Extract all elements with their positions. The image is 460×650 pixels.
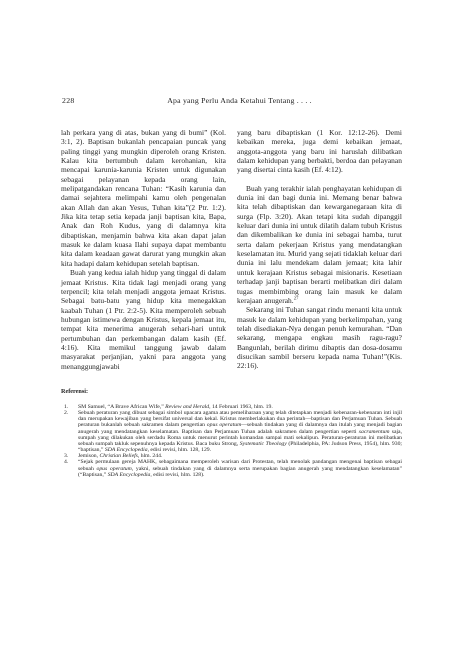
page-number: 228 xyxy=(62,96,75,106)
text-run: Buah yang terakhir ialah penghayatan keh… xyxy=(237,184,402,305)
italic-text-run: SDA Encyclopedia xyxy=(108,472,151,478)
body-text: lah perkara yang di atas, bukan yang di … xyxy=(61,128,402,371)
running-title: Apa yang Perlu Anda Ketahui Tentang . . … xyxy=(61,96,402,106)
paragraph: Sekarang ini Tuhan sangat rindu menanti … xyxy=(237,305,402,370)
reference-text: “Sejak permulaan gereja MAHK, sebagaiman… xyxy=(78,459,402,477)
text-run: lah perkara yang di atas, bukan yang di … xyxy=(61,128,226,268)
text-run: SM Samuel, “A Brave African Wife,” xyxy=(78,404,165,410)
reference-item: 4.“Sejak permulaan gereja MAHK, sebagaim… xyxy=(61,459,402,477)
reference-item: 2.Sebuah peraturan yang dibuat sebagai s… xyxy=(61,410,402,453)
references-section: Referensi: 1.SM Samuel, “A Brave African… xyxy=(61,388,402,478)
references-list: 1.SM Samuel, “A Brave African Wife,” Rev… xyxy=(61,404,402,478)
text-run: yang baru dibaptiskan (1 Kor. 12:12-26).… xyxy=(237,128,402,174)
paragraph: Buah yang terakhir ialah penghayatan keh… xyxy=(237,184,402,305)
reference-number: 2. xyxy=(64,410,73,453)
italic-text-run: opus operatum xyxy=(96,466,131,472)
italic-text-run: Review and Herald xyxy=(165,404,209,410)
italic-text-run: Systematic Theology xyxy=(240,441,287,447)
references-heading: Referensi: xyxy=(61,388,402,395)
left-column: lah perkara yang di atas, bukan yang di … xyxy=(61,128,226,371)
text-run: , 14 Februari 1963, hlm. 19. xyxy=(209,404,273,410)
book-page: 228 Apa yang Perlu Anda Ketahui Tentang … xyxy=(0,0,460,650)
text-run: , edisi revisi, hlm. 128). xyxy=(150,472,204,478)
paragraph: lah perkara yang di atas, bukan yang di … xyxy=(61,128,226,268)
reference-number: 4. xyxy=(64,459,73,477)
paragraph: yang baru dibaptiskan (1 Kor. 12:12-26).… xyxy=(237,128,402,175)
italic-text-run: sacramentum xyxy=(359,429,390,435)
text-run: Buah yang kedua ialah hidup yang tinggal… xyxy=(61,268,226,370)
reference-text: Sebuah peraturan yang dibuat sebagai sim… xyxy=(78,410,402,453)
italic-text-run: opus operatum xyxy=(207,422,241,428)
paragraph: Buah yang kedua ialah hidup yang tinggal… xyxy=(61,268,226,371)
text-run: Sekarang ini Tuhan sangat rindu menanti … xyxy=(237,305,402,370)
right-column: yang baru dibaptiskan (1 Kor. 12:12-26).… xyxy=(237,128,402,371)
footnote-reference-marker: 27 xyxy=(294,295,299,300)
page-content: 228 Apa yang Perlu Anda Ketahui Tentang … xyxy=(61,96,402,478)
page-header: 228 Apa yang Perlu Anda Ketahui Tentang … xyxy=(61,96,402,107)
